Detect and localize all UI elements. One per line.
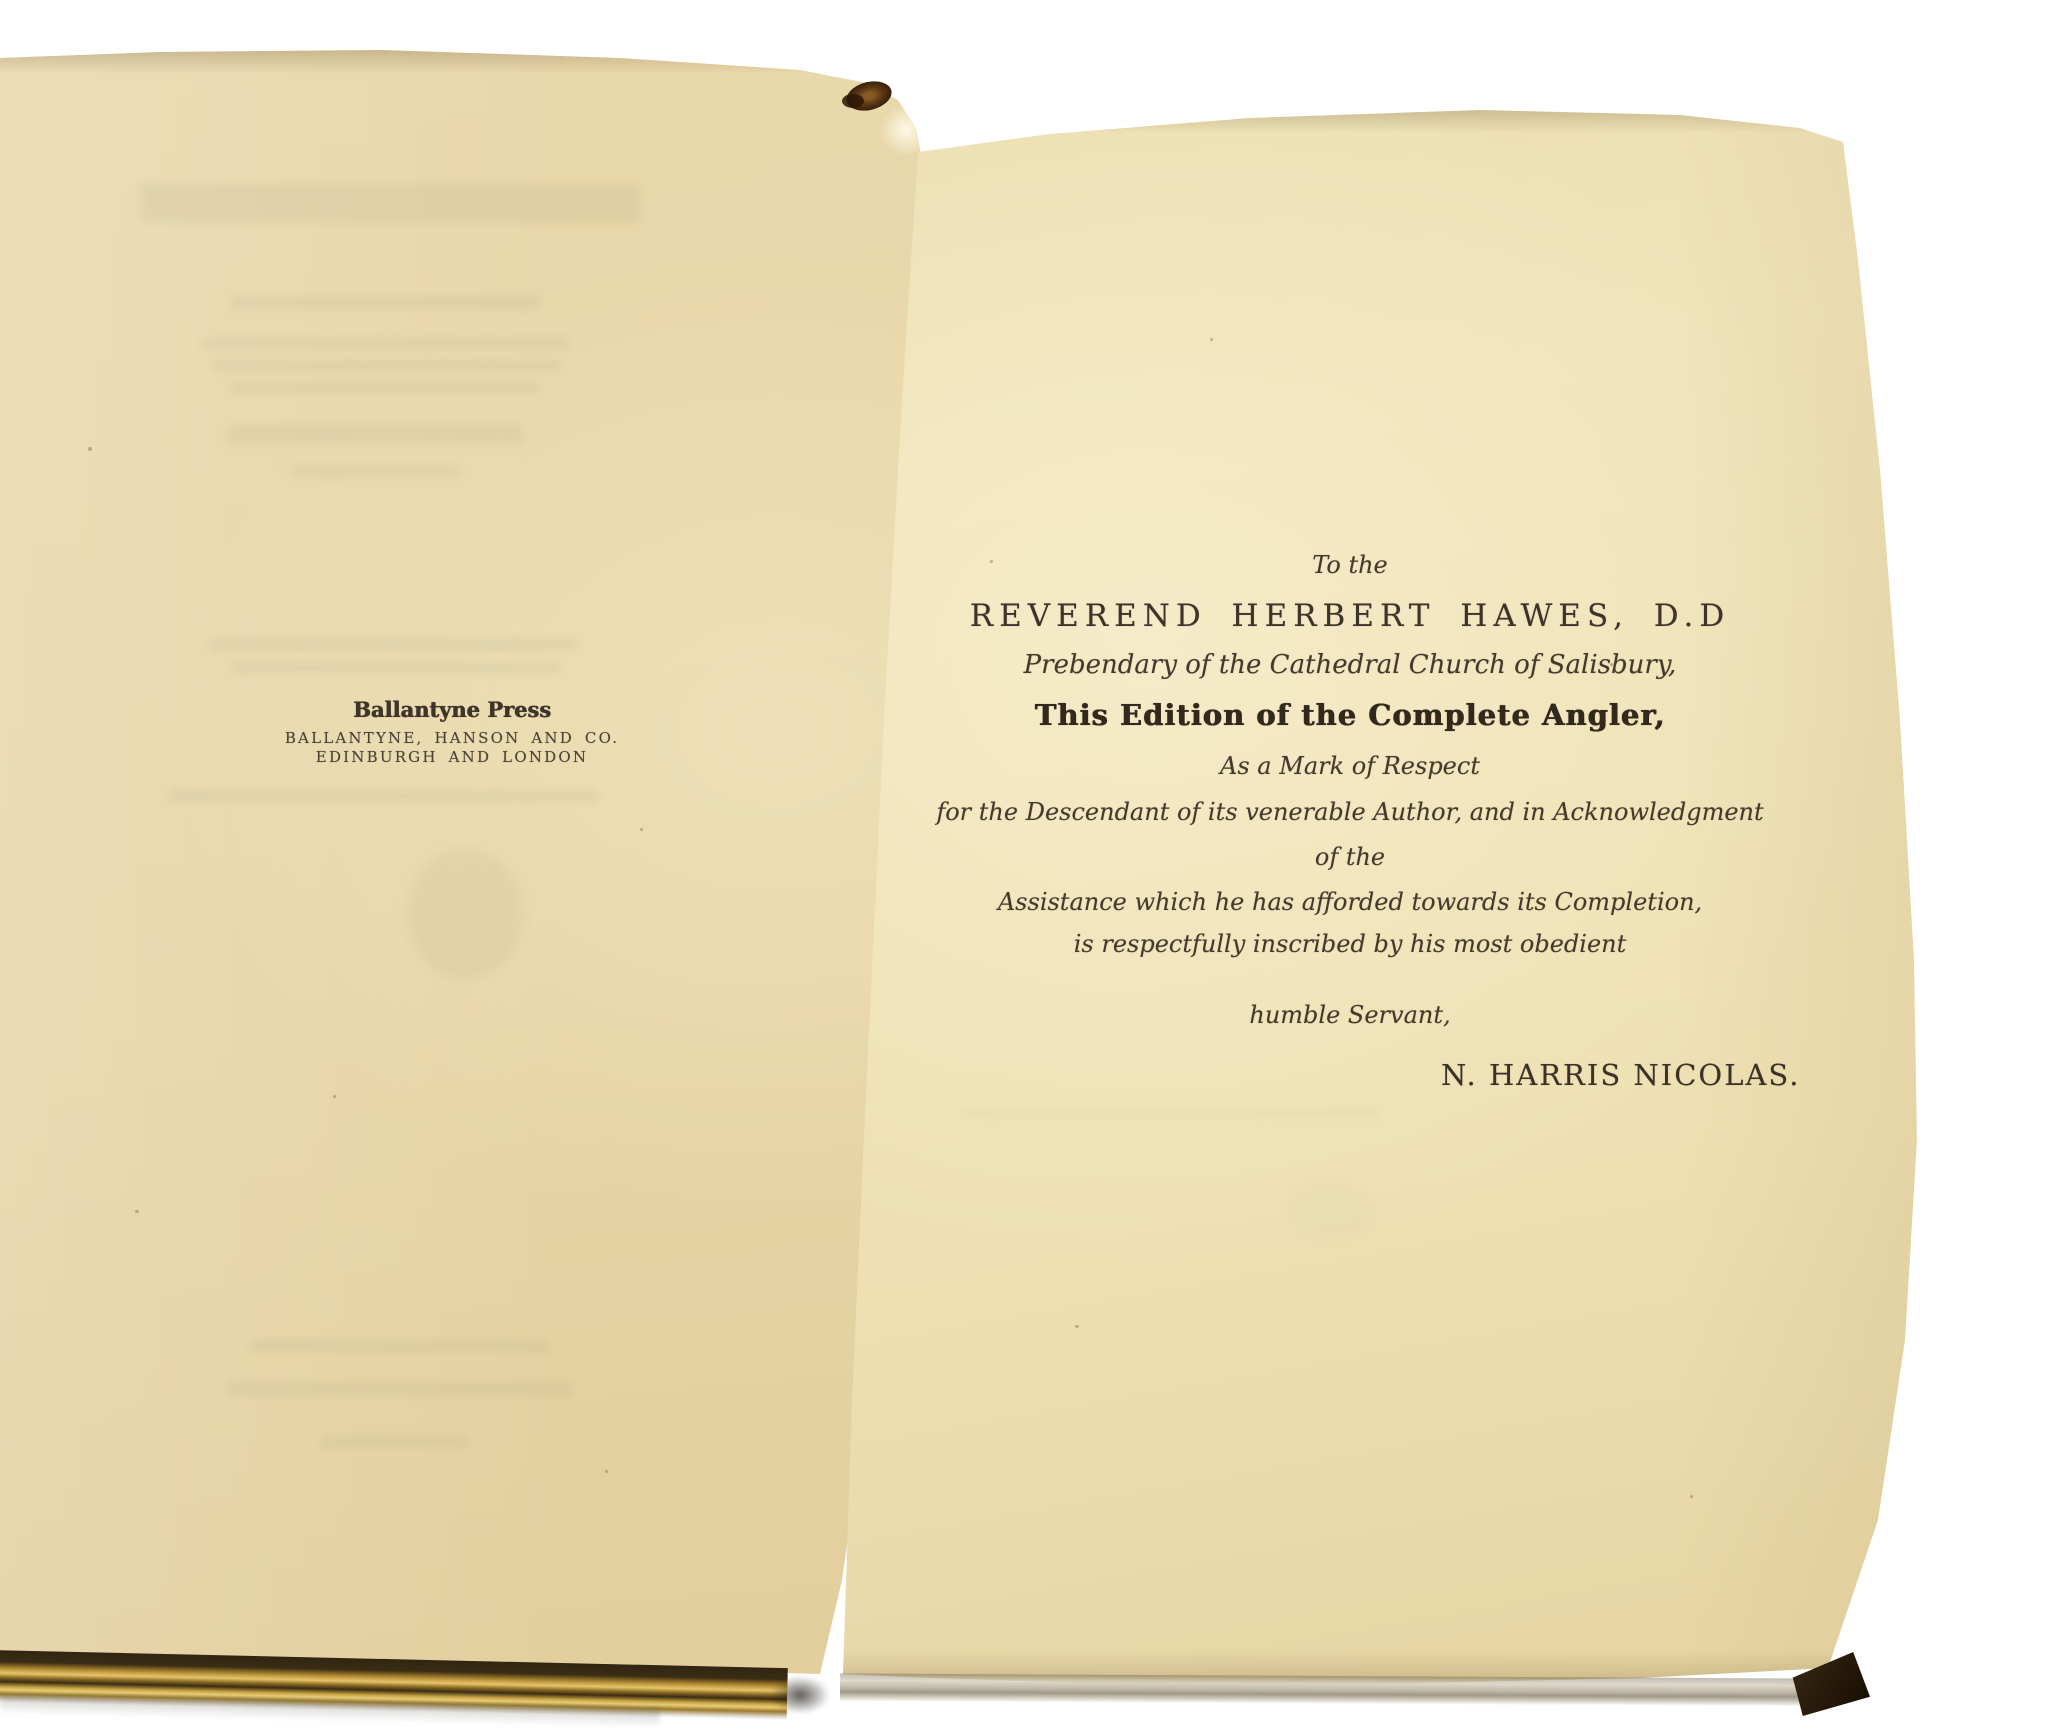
dedication-line-edition: This Edition of the Complete Angler, [1035,698,1666,732]
dedication-line: humble Servant, [1249,1001,1450,1029]
imprint-company-line: BALLANTYNE, HANSON AND CO. [285,729,619,747]
ghost-showthrough-line [208,638,578,651]
ghost-showthrough-line [320,1436,470,1448]
ghost-showthrough-line [230,382,540,393]
gutter-bottom-shadow [770,1676,830,1714]
foxing-speck [88,447,92,451]
dedication-line: Assistance which he has afforded towards… [998,888,1702,916]
ghost-showthrough-line [292,466,460,477]
dedication-line: Prebendary of the Cathedral Church of Sa… [1024,650,1677,680]
dedication-line-recipient: REVEREND HERBERT HAWES, D.D [970,598,1731,634]
ghost-showthrough-line [228,424,523,444]
imprint-city-line: EDINBURGH AND LONDON [316,748,588,766]
foxing-speck [1690,1495,1693,1498]
imprint-press-name: Ballantyne Press [353,697,551,722]
spine-headband-shadow [842,94,864,108]
dedication-line: As a Mark of Respect [1220,752,1480,780]
ghost-showthrough-line [140,183,640,223]
dedication-line: for the Descendant of its venerable Auth… [936,798,1763,826]
book-photo: Ballantyne Press BALLANTYNE, HANSON AND … [0,0,2048,1734]
foxing-speck [1565,55,1570,59]
ghost-showthrough-line [170,790,600,802]
foxing-speck [1075,1325,1079,1328]
ghost-showthrough-line [960,1108,1380,1118]
foxing-speck [990,560,993,563]
left-page-top-edge-shadow [0,48,930,74]
right-page-top-edge-shadow [905,105,1855,133]
ghost-showthrough-emblem [408,848,523,980]
page-edge-stack [840,1673,1830,1706]
foxing-speck [333,1095,336,1098]
ghost-showthrough-emblem [1285,1180,1375,1240]
ghost-showthrough-line [228,1382,573,1396]
ghost-showthrough-line [232,662,562,673]
gutter-curl-highlight [880,104,932,156]
foxing-speck [1610,663,1613,666]
foxing-speck [135,1210,139,1213]
ghost-showthrough-line [200,338,570,349]
ghost-showthrough-line [230,296,540,309]
dedication-line: of the [1315,843,1385,871]
foxing-speck [640,828,643,831]
dedication-line: To the [1312,551,1388,579]
ghost-showthrough-line [250,1340,550,1352]
foxing-speck [1210,338,1213,341]
dedication-line: is respectfully inscribed by his most ob… [1074,930,1627,958]
foxing-speck [605,1470,608,1473]
dedication-signature: N. HARRIS NICOLAS. [1441,1058,1800,1092]
ghost-showthrough-line [212,360,562,371]
